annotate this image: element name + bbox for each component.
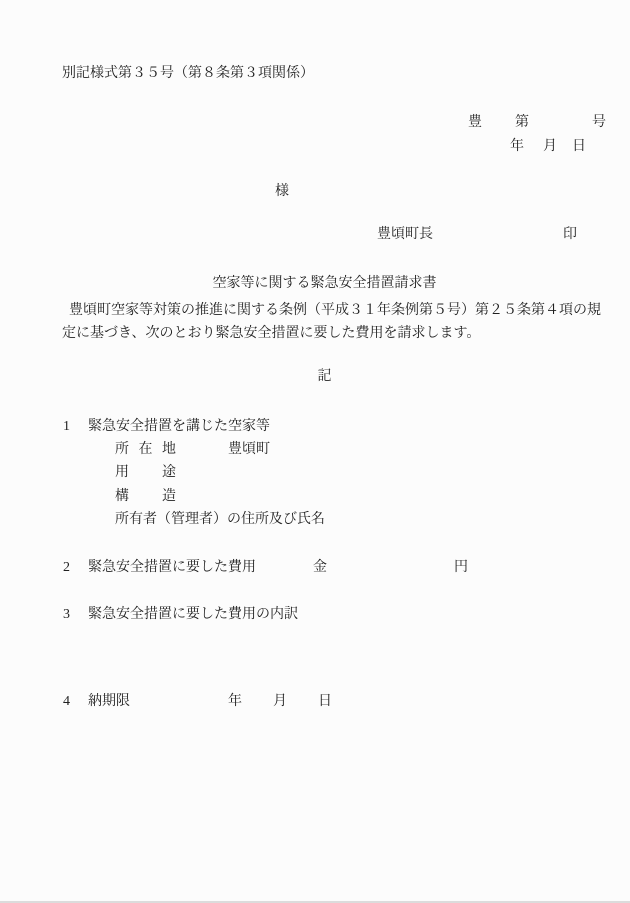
item-1-location-value: 豊頃町 — [228, 440, 270, 460]
record-marker: 記 — [62, 367, 587, 387]
item-2-label: 緊急安全措置に要した費用 — [88, 558, 256, 578]
doc-number-dai: 第 — [515, 113, 529, 133]
document-title: 空家等に関する緊急安全措置請求書 — [62, 274, 587, 294]
item-3-number: 3 — [63, 605, 70, 625]
form-number-line: 別記様式第３５号（第８条第３項関係） — [62, 64, 314, 84]
item-1-use-label: 用途 — [115, 463, 176, 483]
seal-mark: 印 — [563, 225, 577, 245]
document-page: 別記様式第３５号（第８条第３項関係） 豊 第 号 年 月 日 様 豊頃町長 印 … — [0, 0, 630, 903]
item-2-amount-prefix: 金 — [313, 558, 327, 578]
item-4-date-day-label: 日 — [318, 692, 332, 712]
item-3-label: 緊急安全措置に要した費用の内訳 — [88, 605, 298, 625]
item-4-number: 4 — [63, 692, 70, 712]
item-4-date-year-label: 年 — [228, 692, 242, 712]
item-1-location-label: 所在地 — [115, 440, 176, 460]
date-month-label: 月 — [543, 137, 557, 157]
recipient-honorific: 様 — [275, 182, 289, 202]
body-paragraph-line-1: 豊頃町空家等対策の推進に関する条例（平成３１年条例第５号）第２５条第４項の規 — [62, 301, 589, 321]
item-2-number: 2 — [63, 558, 70, 578]
item-4-date-month-label: 月 — [273, 692, 287, 712]
doc-number-go: 号 — [592, 113, 606, 133]
item-1-number: 1 — [63, 417, 70, 437]
item-1-owner-label: 所有者（管理者）の住所及び氏名 — [115, 510, 325, 530]
mayor-title: 豊頃町長 — [377, 225, 433, 245]
item-2-amount-unit: 円 — [454, 558, 468, 578]
date-day-label: 日 — [572, 137, 586, 157]
item-1-label: 緊急安全措置を講じた空家等 — [88, 417, 270, 437]
item-1-structure-label: 構造 — [115, 487, 176, 507]
item-4-label: 納期限 — [88, 692, 130, 712]
doc-number-office: 豊 — [468, 113, 482, 133]
date-year-label: 年 — [510, 137, 524, 157]
body-paragraph-line-2: 定に基づき、次のとおり緊急安全措置に要した費用を請求します。 — [62, 324, 589, 344]
